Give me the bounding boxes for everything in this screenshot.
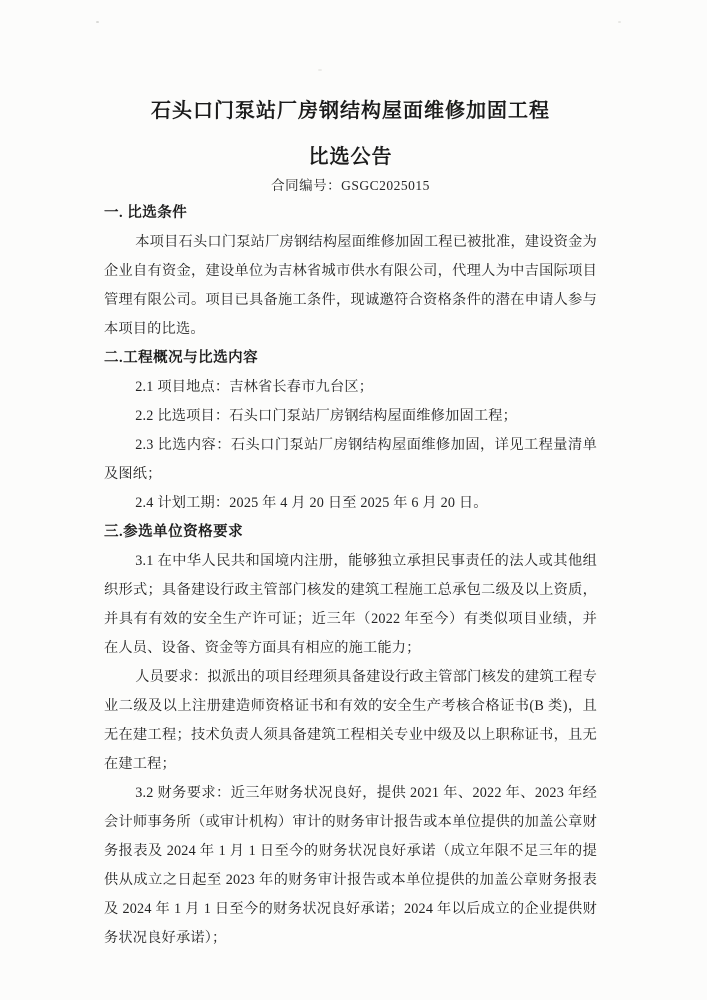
contract-number: 合同编号：GSGC2025015 bbox=[104, 175, 597, 197]
scan-artifact bbox=[318, 69, 322, 71]
section-project-overview: 二.工程概况与比选内容 2.1 项目地点：吉林省长春市九台区； 2.2 比选项目… bbox=[104, 344, 597, 518]
section-1-paragraph-1: 本项目石头口门泵站厂房钢结构屋面维修加固工程已被批准，建设资金为企业自有资金，建… bbox=[104, 228, 597, 344]
scan-artifact bbox=[96, 21, 99, 23]
section-1-heading: 一. 比选条件 bbox=[104, 199, 597, 228]
document-page: 石头口门泵站厂房钢结构屋面维修加固工程 比选公告 合同编号：GSGC202501… bbox=[0, 0, 707, 1000]
document-body: 一. 比选条件 本项目石头口门泵站厂房钢结构屋面维修加固工程已被批准，建设资金为… bbox=[104, 199, 597, 953]
section-2-item-project: 2.2 比选项目：石头口门泵站厂房钢结构屋面维修加固工程； bbox=[104, 402, 597, 431]
section-2-item-location: 2.1 项目地点：吉林省长春市九台区； bbox=[104, 373, 597, 402]
section-3-heading: 三.参选单位资格要求 bbox=[104, 518, 597, 547]
section-3-paragraph-personnel: 人员要求：拟派出的项目经理须具备建设行政主管部门核发的建筑工程专业二级及以上注册… bbox=[104, 663, 597, 779]
section-2-heading: 二.工程概况与比选内容 bbox=[104, 344, 597, 373]
section-2-item-content: 2.3 比选内容：石头口门泵站厂房钢结构屋面维修加固，详见工程量清单及图纸； bbox=[104, 431, 597, 489]
document-subtitle: 比选公告 bbox=[104, 142, 597, 172]
section-qualification-requirements: 三.参选单位资格要求 3.1 在中华人民共和国境内注册，能够独立承担民事责任的法… bbox=[104, 518, 597, 953]
section-3-paragraph-registration: 3.1 在中华人民共和国境内注册，能够独立承担民事责任的法人或其他组织形式；具备… bbox=[104, 547, 597, 663]
section-3-paragraph-finance: 3.2 财务要求：近三年财务状况良好，提供 2021 年、2022 年、2023… bbox=[104, 779, 597, 953]
section-2-item-schedule: 2.4 计划工期：2025 年 4 月 20 日至 2025 年 6 月 20 … bbox=[104, 489, 597, 518]
scan-artifact bbox=[618, 21, 621, 23]
document-title: 石头口门泵站厂房钢结构屋面维修加固工程 bbox=[104, 96, 597, 126]
section-bid-conditions: 一. 比选条件 本项目石头口门泵站厂房钢结构屋面维修加固工程已被批准，建设资金为… bbox=[104, 199, 597, 344]
